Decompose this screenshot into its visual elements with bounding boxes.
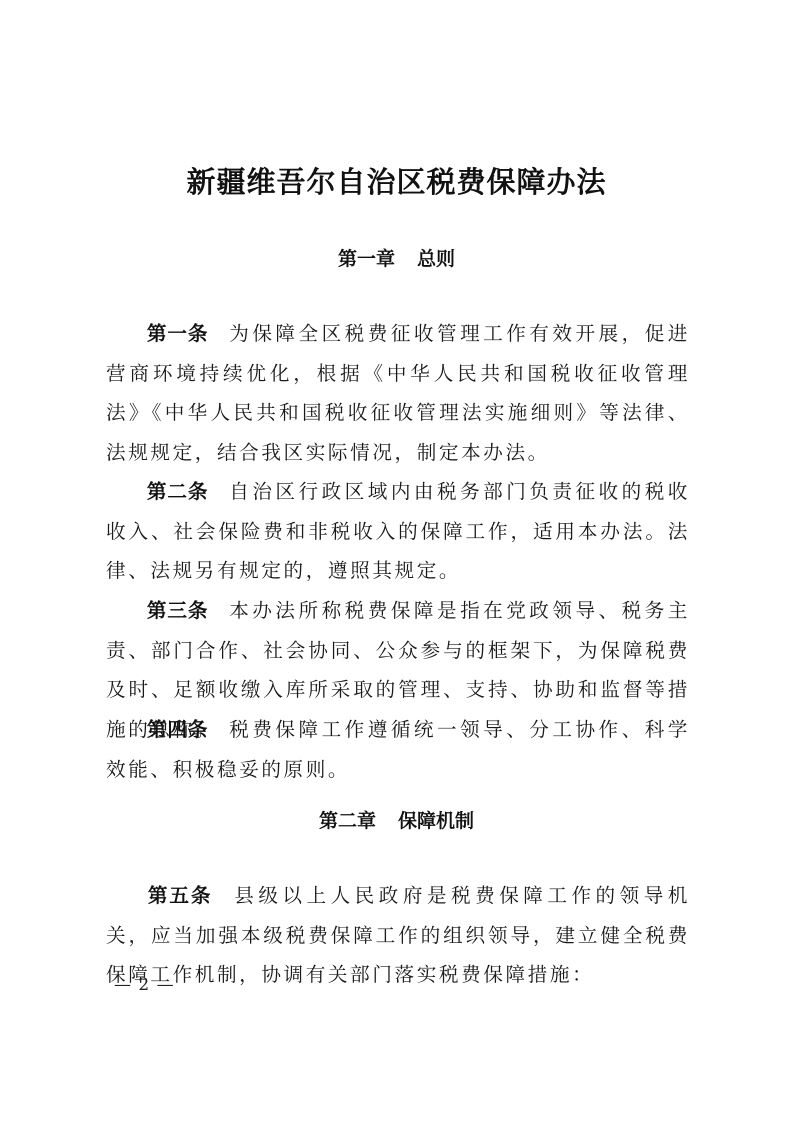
chapter-number: 第一章 xyxy=(338,248,395,270)
chapter-heading-1: 第一章总则 xyxy=(0,244,793,271)
page-number: — 2 — xyxy=(114,975,175,995)
article-label: 第二条 xyxy=(146,480,208,503)
chapter-name: 总则 xyxy=(417,248,455,270)
article-4: 第四条税费保障工作遵循统一领导、分工协作、科学效能、积极稳妥的原则。 xyxy=(106,710,690,789)
chapter-heading-2: 第二章保障机制 xyxy=(0,806,793,833)
article-label: 第五条 xyxy=(146,884,212,907)
document-title: 新疆维吾尔自治区税费保障办法 xyxy=(0,160,793,201)
article-1: 第一条为保障全区税费征收管理工作有效开展，促进营商环境持续优化，根据《中华人民共… xyxy=(106,314,690,472)
chapter-number: 第二章 xyxy=(319,810,376,832)
article-label: 第四条 xyxy=(146,718,208,741)
article-label: 第三条 xyxy=(146,599,208,622)
article-5: 第五条县级以上人民政府是税费保障工作的领导机关，应当加强本级税费保障工作的组织领… xyxy=(106,876,690,995)
article-label: 第一条 xyxy=(146,322,208,345)
chapter-name: 保障机制 xyxy=(398,810,474,832)
article-2: 第二条自治区行政区域内由税务部门负责征收的税收收入、社会保险费和非税收入的保障工… xyxy=(106,472,690,591)
document-page: 新疆维吾尔自治区税费保障办法 第一章总则 第一条为保障全区税费征收管理工作有效开… xyxy=(0,0,793,1122)
